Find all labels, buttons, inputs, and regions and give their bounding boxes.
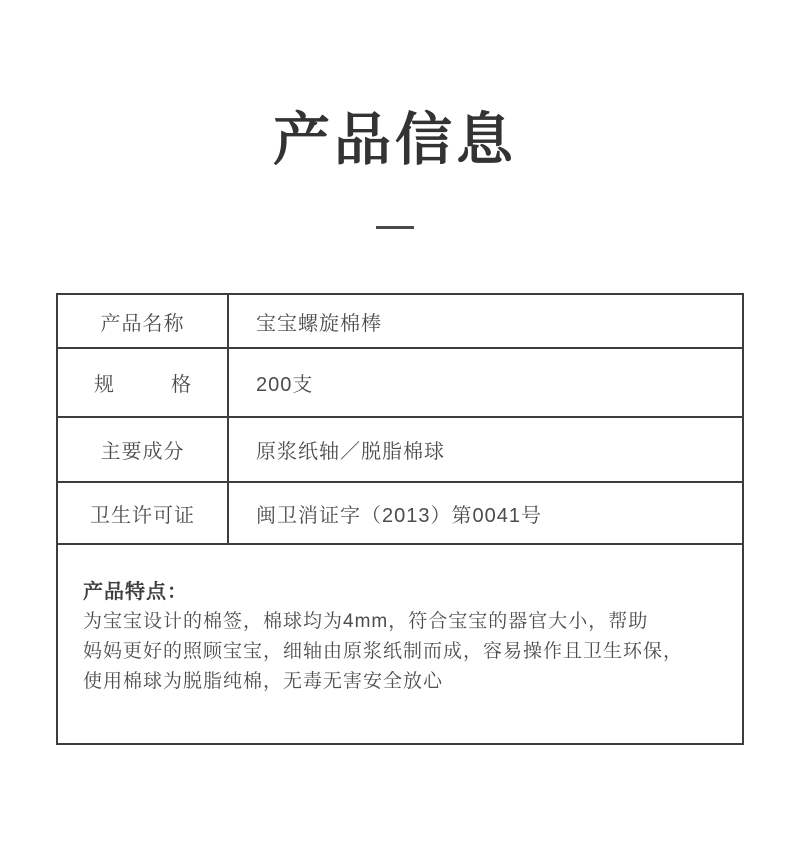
features-line: 使用棉球为脱脂纯棉，无毒无害安全放心: [83, 667, 717, 697]
table-row-main-ingredients: 主要成分 原浆纸轴／脱脂棉球: [58, 418, 742, 483]
features-line: 妈妈更好的照顾宝宝，细轴由原浆纸制而成，容易操作且卫生环保，: [83, 637, 717, 667]
features-heading: 产品特点：: [83, 577, 717, 607]
table-row-hygiene-license: 卫生许可证 闽卫消证字（2013）第0041号: [58, 483, 742, 545]
product-name-label: 产品名称: [58, 295, 229, 347]
specification-value: 200支: [229, 349, 742, 416]
main-ingredients-value: 原浆纸轴／脱脂棉球: [229, 418, 742, 481]
product-info-table: 产品名称 宝宝螺旋棉棒 规格 200支 主要成分 原浆纸轴／脱脂棉球 卫生许可证…: [56, 293, 744, 745]
product-features-section: 产品特点： 为宝宝设计的棉签，棉球均为4mm，符合宝宝的器官大小，帮助 妈妈更好…: [58, 545, 742, 743]
product-name-value: 宝宝螺旋棉棒: [229, 295, 742, 347]
table-row-product-name: 产品名称 宝宝螺旋棉棒: [58, 295, 742, 349]
product-info-page: 产品信息 产品名称 宝宝螺旋棉棒 规格 200支 主要成分 原浆纸轴／脱脂棉球 …: [0, 0, 790, 867]
specification-label: 规格: [58, 349, 229, 416]
main-ingredients-label: 主要成分: [58, 418, 229, 481]
features-line: 为宝宝设计的棉签，棉球均为4mm，符合宝宝的器官大小，帮助: [83, 607, 717, 637]
title-dash-divider: [376, 226, 414, 229]
hygiene-license-value: 闽卫消证字（2013）第0041号: [229, 483, 742, 543]
table-row-specification: 规格 200支: [58, 349, 742, 418]
hygiene-license-label: 卫生许可证: [58, 483, 229, 543]
page-title: 产品信息: [0, 0, 790, 172]
